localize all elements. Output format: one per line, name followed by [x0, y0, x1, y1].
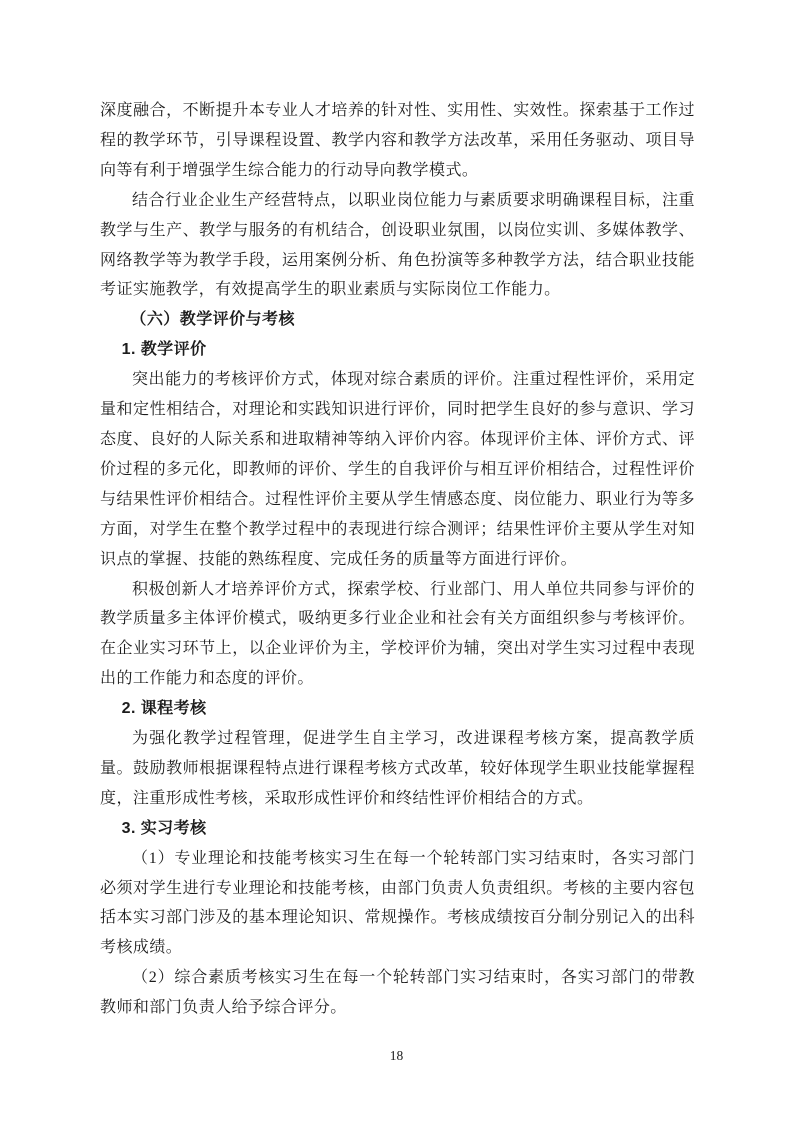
- page-number: 18: [0, 1047, 793, 1065]
- paragraph-multi-party-evaluation: 积极创新人才培养评价方式，探索学校、行业部门、用人单位共同参与评价的教学质量多主…: [100, 575, 695, 695]
- paragraph-course-assessment: 为强化教学过程管理，促进学生自主学习，改进课程考核方案，提高教学质量。鼓励教师根…: [100, 724, 695, 814]
- page-content: 深度融合，不断提升本专业人才培养的针对性、实用性、实效性。探索基于工作过程的教学…: [100, 96, 695, 1023]
- paragraph-evaluation-approach: 突出能力的考核评价方式，体现对综合素质的评价。注重过程性评价，采用定量和定性相结…: [100, 365, 695, 574]
- paragraph-internship-quality-assessment: （2）综合素质考核实习生在每一个轮转部门实习结束时，各实习部门的带教教师和部门负…: [100, 963, 695, 1023]
- subsection-heading-course-assessment: 2. 课程考核: [100, 694, 695, 724]
- paragraph-internship-theory-skill-assessment: （1）专业理论和技能考核实习生在每一个轮转部门实习结束时，各实习部门必须对学生进…: [100, 844, 695, 964]
- paragraph-continuation: 深度融合，不断提升本专业人才培养的针对性、实用性、实效性。探索基于工作过程的教学…: [100, 96, 695, 186]
- paragraph-teaching-methods: 结合行业企业生产经营特点，以职业岗位能力与素质要求明确课程目标，注重教学与生产、…: [100, 186, 695, 306]
- document-page: 深度融合，不断提升本专业人才培养的针对性、实用性、实效性。探索基于工作过程的教学…: [0, 0, 793, 1122]
- subsection-heading-internship-assessment: 3. 实习考核: [100, 814, 695, 844]
- subsection-heading-teaching-evaluation: 1. 教学评价: [100, 335, 695, 365]
- section-heading-evaluation-assessment: （六）教学评价与考核: [100, 305, 695, 335]
